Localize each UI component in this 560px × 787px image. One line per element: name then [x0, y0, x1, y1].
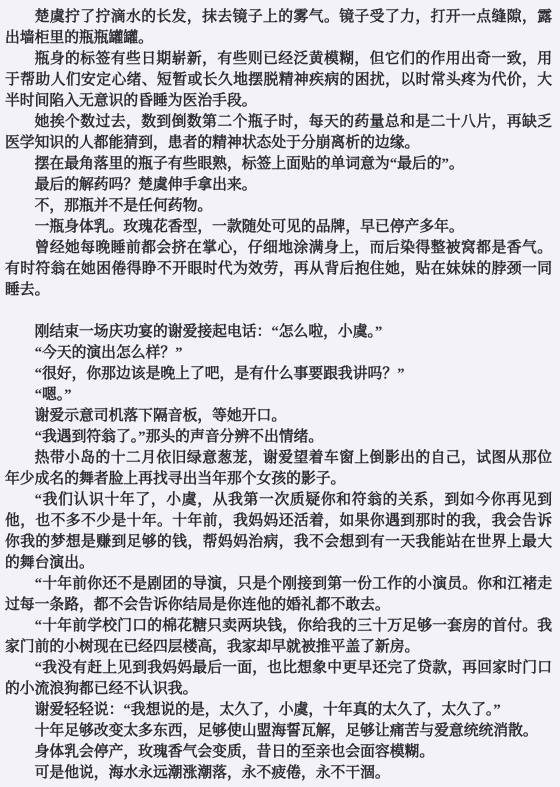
paragraph: 楚虞拧了拧滴水的长发，抹去镜子上的雾气。镜子受了力，打开一点缝隙，露出墙柜里的瓶… — [5, 7, 552, 49]
paragraph: 瓶身的标签有些日期崭新，有些则已经泛黄模糊，但它们的作用出奇一致，用于帮助人们安… — [5, 49, 552, 112]
paragraph: “我没有赶上见到我妈妈最后一面，也比想象中更早还完了贷款，再回家时门口的小流浪狗… — [5, 658, 552, 700]
paragraph: 谢爱轻轻说：“我想说的是，太久了，小虞，十年真的太久了，太久了。” — [5, 700, 552, 721]
paragraph: 摆在最角落里的瓶子有些眼熟，标签上面贴的单词意为“最后的”。 — [5, 154, 552, 175]
paragraph: “很好，你那边该是晚上了吧，是有什么事要跟我讲吗？” — [5, 364, 552, 385]
paragraph: 十年足够改变太多东西，足够使山盟海誓瓦解，足够让痛苦与爱意统统消散。 — [5, 721, 552, 742]
paragraph: 她挨个数过去，数到倒数第二个瓶子时，每天的药量总和是二十八片，再缺乏医学知识的人… — [5, 112, 552, 154]
paragraph: 身体乳会停产，玫瑰香气会变质，昔日的至亲也会面容模糊。 — [5, 742, 552, 763]
scene-break — [5, 301, 552, 322]
paragraph: “十年前学校门口的棉花糖只卖两块钱，你给我的三十万足够一套房的首付。我家门前的小… — [5, 616, 552, 658]
paragraph: “嗯。” — [5, 385, 552, 406]
paragraph: 可是他说，海水永远潮涨潮落，永不疲倦，永不干涸。 — [5, 763, 552, 784]
paragraph: “我遇到符翁了。”那头的声音分辨不出情绪。 — [5, 427, 552, 448]
paragraph: “十年前你还不是剧团的导演，只是个刚接到第一份工作的小演员。你和江褚走过每一条路… — [5, 574, 552, 616]
paragraph: 刚结束一场庆功宴的谢爱接起电话：“怎么啦，小虞。” — [5, 322, 552, 343]
paragraph: 热带小岛的十二月依旧绿意葱茏，谢爱望着车窗上倒影出的自己，试图从那位年少成名的舞… — [5, 448, 552, 490]
paragraph: “今天的演出怎么样？” — [5, 343, 552, 364]
paragraph: 最后的解药吗？楚虞伸手拿出来。 — [5, 175, 552, 196]
paragraph: 谢爱示意司机落下隔音板，等她开口。 — [5, 406, 552, 427]
paragraph: 一瓶身体乳。玫瑰花香型，一款随处可见的品牌，早已停产多年。 — [5, 217, 552, 238]
reader-page[interactable]: 楚虞拧了拧滴水的长发，抹去镜子上的雾气。镜子受了力，打开一点缝隙，露出墙柜里的瓶… — [0, 0, 560, 787]
paragraph: 曾经她每晚睡前都会挤在掌心，仔细地涂满身上，而后染得整被窝都是香气。有时符翁在她… — [5, 238, 552, 301]
paragraph: “我们认识十年了，小虞，从我第一次质疑你和符翁的关系，到如今你再见到他，也不多不… — [5, 490, 552, 574]
paragraph: 不，那瓶并不是任何药物。 — [5, 196, 552, 217]
